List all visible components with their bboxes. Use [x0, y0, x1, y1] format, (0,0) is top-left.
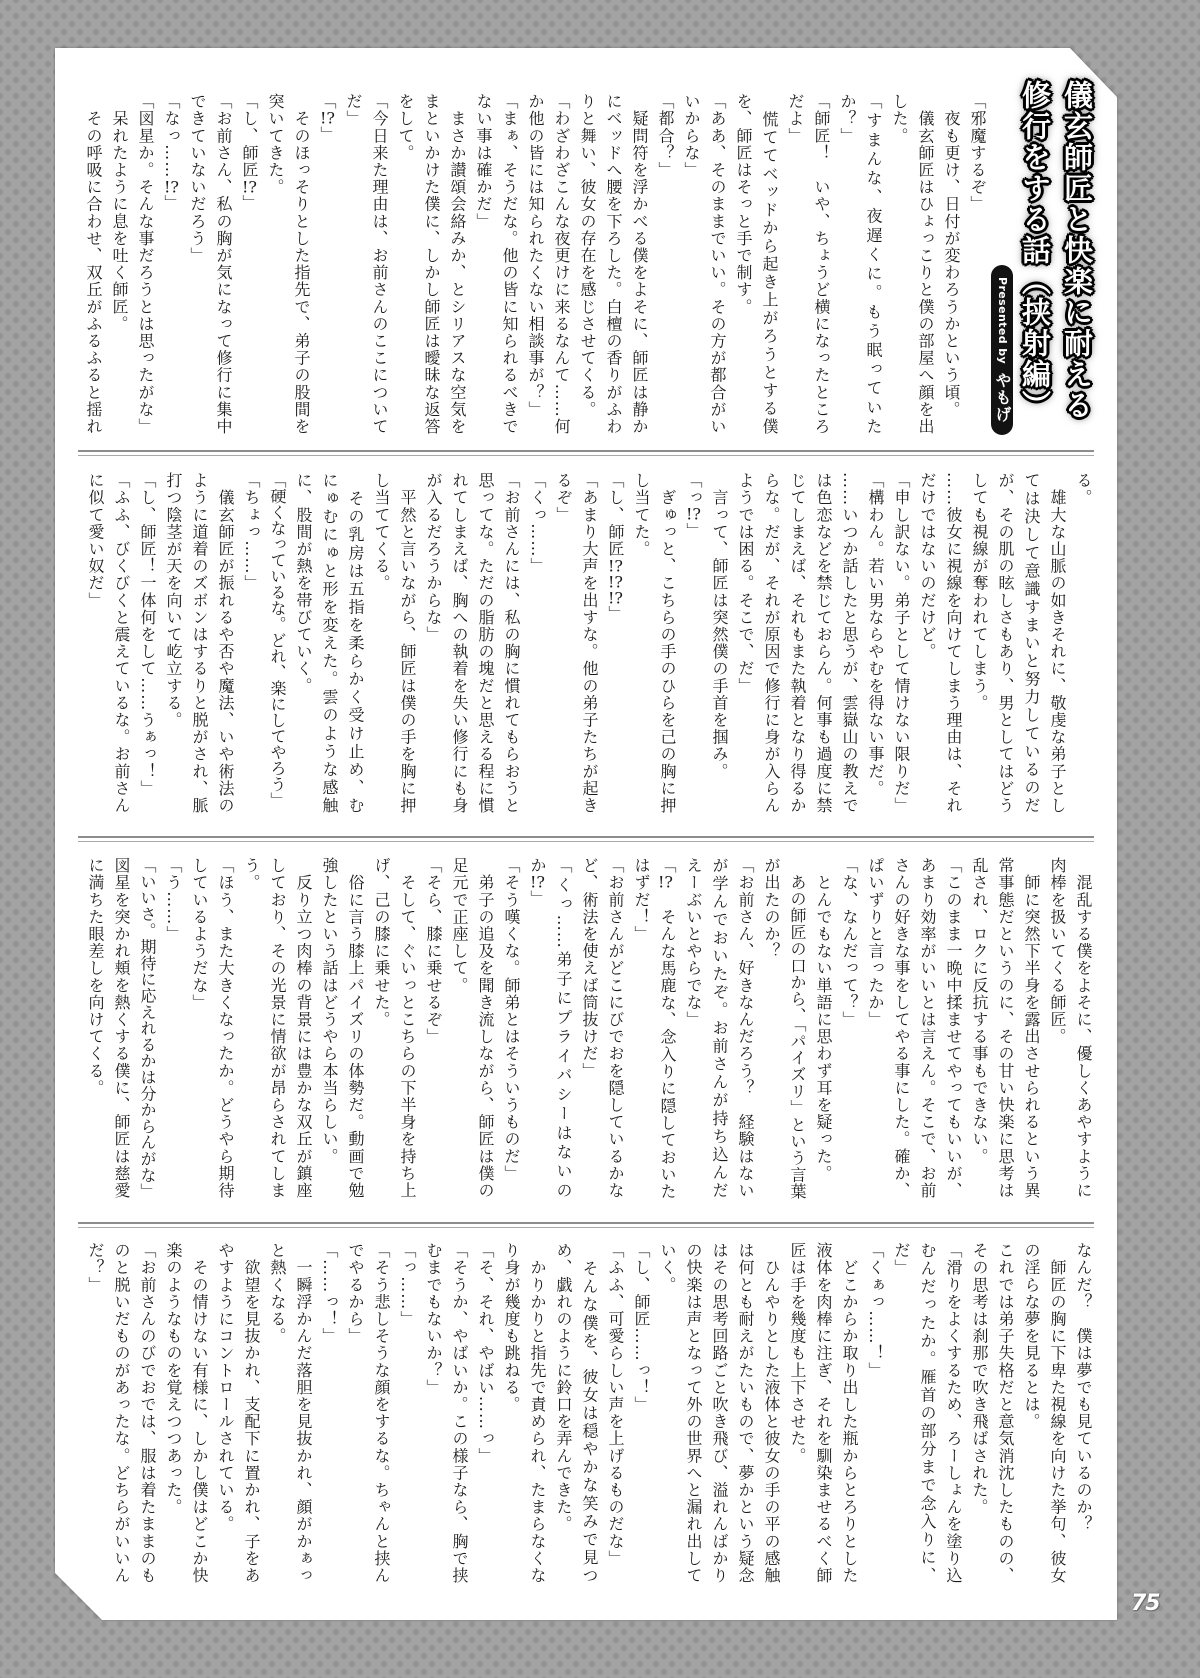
- text-column: 「すまんな、夜遅くに。もう眠っていた: [860, 93, 886, 435]
- tate-chu-yoko: !?: [658, 874, 677, 891]
- text-column: 「っ!?」: [680, 472, 706, 814]
- text-column: 強したという話はどうやら本当らしい。: [316, 857, 342, 1199]
- text-column: 「わざわざこんな夜更けに来るなんて……何: [548, 93, 574, 435]
- text-column: 常事態だというのに、その甘い快楽に思考は: [992, 857, 1018, 1199]
- tate-chu-yoko: !?: [318, 110, 337, 126]
- text-column: 儀玄師匠が振れるや否や魔法、いや術法の: [212, 472, 238, 814]
- text-column: 儀玄師匠はひょっこりと僕の部屋へ顔を出: [912, 93, 938, 435]
- text-column: りと舞い、彼女の存在を感じさせてくる。: [574, 93, 600, 435]
- story-title-line-1: 儀玄師匠と快楽に耐える: [1056, 80, 1098, 442]
- tate-chu-yoko: !?: [606, 558, 625, 574]
- text-column: 「構わん。若い男ならやむを得ない事だ。: [862, 472, 888, 814]
- text-column: はその思考回路ごと吹き飛び、溢れんばかり: [706, 1242, 732, 1584]
- text-column: が入るだろうからな」: [420, 472, 446, 814]
- text-tier-2: る。 雄大な山脈の如きそれに、敬虔な弟子としては決して意識すまいと努力しているの…: [82, 472, 1096, 814]
- text-column: 「あまり大声を出すな。他の弟子たちが起き: [576, 472, 602, 814]
- text-column: はずだ！」: [628, 857, 654, 1199]
- text-column: だ」: [340, 93, 366, 435]
- text-column: に、股間が熱を帯びていく。: [290, 472, 316, 814]
- text-column: 師匠の胸に下卑た視線を向けた挙句、彼女: [1044, 1242, 1070, 1584]
- tate-chu-yoko: !?: [162, 179, 181, 195]
- author-name: やもげ: [991, 372, 1013, 423]
- tate-chu-yoko: !?: [606, 590, 625, 606]
- text-column: 「硬くなっているな。どれ、楽にしてやろう」: [264, 472, 290, 814]
- text-column: は何とも耐えがたいもので、夢かという疑念: [732, 1242, 758, 1584]
- text-column: り身が幾度も跳ねる。: [498, 1242, 524, 1584]
- text-column: 液体を肉棒に注ぎ、それを馴染ませるべく師: [810, 1242, 836, 1584]
- text-column: まさか讃頌会絡みか、とシリアスな空気を: [444, 93, 470, 435]
- text-column: 「ふふ、可愛らしい声を上げるものだな」: [602, 1242, 628, 1584]
- text-column: 夜も更け、日付が変わろうかという頃。: [938, 93, 964, 435]
- text-column: しているようだな」: [186, 857, 212, 1199]
- text-column: むんだったか。雁首の部分まで念入りに、: [914, 1242, 940, 1584]
- text-column: と熱くなる。: [264, 1242, 290, 1584]
- text-column: げ、己の膝に乗せた。: [368, 857, 394, 1199]
- text-column: かりかりと指先で責められ、たまらなくな: [524, 1242, 550, 1584]
- text-column: 雄大な山脈の如きそれに、敬虔な弟子とし: [1044, 472, 1070, 814]
- text-column: れてしまえば、胸への執着を失い修行にも身: [446, 472, 472, 814]
- text-column: 慌ててベッドから起き上がろうとする僕: [756, 93, 782, 435]
- text-column: そして、ぐいっとこちらの下半身を持ち上: [394, 857, 420, 1199]
- text-column: ぱいずりと言ったか」: [862, 857, 888, 1199]
- text-column: 足元で正座して。: [446, 857, 472, 1199]
- text-column: 「ほう、また大きくなったか。どうやら期待: [212, 857, 238, 1199]
- text-column: 「邪魔するぞ」: [964, 93, 990, 435]
- text-column: 「う……」: [160, 857, 186, 1199]
- text-column: に似て愛い奴だ」: [82, 472, 108, 814]
- text-column: 反り立つ肉棒の背景には豊かな双丘が鎮座: [290, 857, 316, 1199]
- text-column: 「!?」: [314, 93, 340, 435]
- text-column: その呼吸に合わせ、双丘がふるふると揺れ: [80, 93, 106, 435]
- text-column: 「お前さん、好きなんだろう？ 経験はない: [732, 857, 758, 1199]
- text-column: むまでもないか？」: [420, 1242, 446, 1584]
- text-column: 「お前さんのびでおでは、服は着たままのも: [134, 1242, 160, 1584]
- text-column: 弟子の追及を聞き流しながら、師匠は僕の: [472, 857, 498, 1199]
- text-column: できていないだろう」: [184, 93, 210, 435]
- text-column: ひんやりとした液体と彼女の手の平の感触: [758, 1242, 784, 1584]
- tier-divider: [78, 1222, 1094, 1228]
- text-column: 平然と言いながら、師匠は僕の手を胸に押: [394, 472, 420, 814]
- text-column: 「なっ……!?」: [158, 93, 184, 435]
- text-column: が、その肌の眩しさもあり、男としてはどう: [992, 472, 1018, 814]
- text-column: 突いてきた。: [262, 93, 288, 435]
- text-column: しても視線が奪われてしまう。: [966, 472, 992, 814]
- text-column: 「今日来た理由は、お前さんのここについて: [366, 93, 392, 435]
- text-column: るぞ」: [550, 472, 576, 814]
- text-column: 「お前さん、私の胸が気になって修行に集中: [210, 93, 236, 435]
- text-column: 「し、師匠！一体何をして……うぁっ！」: [134, 472, 160, 814]
- text-column: しており、その光景に情欲が昂らされてしま: [264, 857, 290, 1199]
- text-column: をして。: [392, 93, 418, 435]
- text-column: だよ」: [782, 93, 808, 435]
- text-column: 「!? そんな馬鹿な、念入りに隠しておいた: [654, 857, 680, 1199]
- text-column: 「そ、それ、やばい……っ」: [472, 1242, 498, 1584]
- text-column: は色恋などを禁じておらん。何事も過度に禁: [810, 472, 836, 814]
- text-column: 「そら、膝に乗せるぞ」: [420, 857, 446, 1199]
- text-column: 言って、師匠は突然僕の手首を掴み。: [706, 472, 732, 814]
- text-column: 「くっ……」: [524, 472, 550, 814]
- text-column: えーぶいとやらでな」: [680, 857, 706, 1199]
- tate-chu-yoko: !?: [606, 574, 625, 590]
- text-column: やすようにコントロールされている。: [212, 1242, 238, 1584]
- text-column: 師に突然下半身を露出させられるという異: [1018, 857, 1044, 1199]
- text-column: 「そう嘆くな。師弟とはそういうものだ」: [498, 857, 524, 1199]
- text-column: 疑問符を浮かべる僕をよそに、師匠は静か: [626, 93, 652, 435]
- text-column: 混乱する僕をよそに、優しくあやすように: [1070, 857, 1096, 1199]
- text-column: だけではないのだけど。: [914, 472, 940, 814]
- text-column: その思考は刹那で吹き飛ばされた。: [966, 1242, 992, 1584]
- text-column: 「お前さんには、私の胸に慣れてもらおうと: [498, 472, 524, 814]
- text-column: 呆れたように息を吐く師匠。: [106, 93, 132, 435]
- text-column: にベッドへ腰を下ろした。白檀の香りがふわ: [600, 93, 626, 435]
- text-column: の淫らな夢を見るとは。: [1018, 1242, 1044, 1584]
- text-column: 匠は手を幾度も上下させた。: [784, 1242, 810, 1584]
- text-column: し当ててくる。: [368, 472, 394, 814]
- tier-divider: [78, 836, 1094, 842]
- text-column: る。: [1070, 472, 1096, 814]
- tier-divider: [78, 450, 1094, 456]
- text-column: あの師匠の口から、「パイズリ」という言葉: [784, 857, 810, 1199]
- text-column: これでは弟子失格だと意気消沈したものの、: [992, 1242, 1018, 1584]
- text-column: う。: [238, 857, 264, 1199]
- text-column: 「ああ、そのままでいい。その方が都合がい: [704, 93, 730, 435]
- text-column: 「いいさ。期待に応えれるかは分からんがな」: [134, 857, 160, 1199]
- text-column: し当てた。: [628, 472, 654, 814]
- text-column: いからな」: [678, 93, 704, 435]
- text-column: した。: [886, 93, 912, 435]
- text-column: 「な、なんだって？」: [836, 857, 862, 1199]
- text-column: ようでは困る。そこで、だ」: [732, 472, 758, 814]
- text-column: の快楽は声となって外の世界へと漏れ出して: [680, 1242, 706, 1584]
- text-column: 「っ……」: [394, 1242, 420, 1584]
- text-column: 「し、師匠……っ！」: [628, 1242, 654, 1584]
- text-column: 俗に言う膝上パイズリの体勢だ。動画で勉: [342, 857, 368, 1199]
- text-column: そんな僕を、彼女は穏やかな笑みで見つ: [576, 1242, 602, 1584]
- text-column: さんの好きな事をしてやる事にした。確か、: [888, 857, 914, 1199]
- text-column: 一瞬浮かんだ落胆を見抜かれ、顔がかぁっ: [290, 1242, 316, 1584]
- tate-chu-yoko: !?: [684, 506, 703, 522]
- text-tier-4: なんだ？ 僕は夢でも見ているのか？ 師匠の胸に下卑た視線を向けた挙句、彼女の淫ら…: [82, 1242, 1096, 1584]
- text-column: ない事は確かだ」: [470, 93, 496, 435]
- text-column: どこからか取り出した瓶からとろりとした: [836, 1242, 862, 1584]
- text-column: ように道着のズボンはするりと脱がされ、脈: [186, 472, 212, 814]
- text-column: 「し、師匠!?!?!?」: [602, 472, 628, 814]
- text-column: あまり効率がいいとは言えん。そこで、お前: [914, 857, 940, 1199]
- text-column: 「都合？」: [652, 93, 678, 435]
- text-column: 「お前さんがどこにびでおを隠しているかな: [602, 857, 628, 1199]
- text-column: 打つ陰茎が天を向いて屹立する。: [160, 472, 186, 814]
- text-column: にゅむにゅと形を変えた。雲のような感触: [316, 472, 342, 814]
- text-column: が学んでおいたぞ。お前さんが持ち込んだ: [706, 857, 732, 1199]
- text-column: だ」: [888, 1242, 914, 1584]
- text-column: ……彼女に視線を向けてしまう理由は、それ: [940, 472, 966, 814]
- text-column: 思ってな。ただの脂肪の塊だと思える程に慣: [472, 472, 498, 814]
- text-column: その乳房は五指を柔らかく受け止め、む: [342, 472, 368, 814]
- text-column: 肉棒を扱いてくる師匠。: [1044, 857, 1070, 1199]
- text-column: いく。: [654, 1242, 680, 1584]
- text-column: まといかけた僕に、しかし師匠は曖昧な返答: [418, 93, 444, 435]
- text-column: とんでもない単語に思わず耳を疑った。: [810, 857, 836, 1199]
- text-column: 図星を突かれ頬を熱くする僕に、師匠は慈愛: [108, 857, 134, 1199]
- text-column: その情けない有様に、しかし僕はどこか快: [186, 1242, 212, 1584]
- text-column: のと脱いだものがあったな。どちらがいいん: [108, 1242, 134, 1584]
- text-column: 欲望を見抜かれ、支配下に置かれ、子をあ: [238, 1242, 264, 1584]
- text-column: 「し、師匠!?」: [236, 93, 262, 435]
- text-column: 「ちょっ……」: [238, 472, 264, 814]
- text-column: 「図星か。そんな事だろうとは思ったがな」: [132, 93, 158, 435]
- presented-by-label: Presented by: [991, 277, 1013, 364]
- text-column: ……いつか話したと思うが、雲嶽山の教えで: [836, 472, 862, 814]
- text-column: が出たのか？: [758, 857, 784, 1199]
- text-column: じてしまえば、それもまた執着となり得るか: [784, 472, 810, 814]
- text-column: 「くっ……弟子にプライバシーはないの: [550, 857, 576, 1199]
- text-column: 楽のようなものを覚えつつあった。: [160, 1242, 186, 1584]
- text-column: なんだ？ 僕は夢でも見ているのか？: [1070, 1242, 1096, 1584]
- text-column: 「このまま一晩中揉ませてやってもいいが、: [940, 857, 966, 1199]
- text-column: か？」: [834, 93, 860, 435]
- text-column: に満ちた眼差しを向けてくる。: [82, 857, 108, 1199]
- text-tier-3: 混乱する僕をよそに、優しくあやすように肉棒を扱いてくる師匠。 師に突然下半身を露…: [82, 857, 1096, 1199]
- text-column: を、師匠はそっと手で制す。: [730, 93, 756, 435]
- text-column: ど、術法を使えば筒抜けだ」: [576, 857, 602, 1199]
- page-number: 75: [1131, 1591, 1160, 1616]
- text-column: ては決して意識すまいと努力しているのだ: [1018, 472, 1044, 814]
- story-title: 儀玄師匠と快楽に耐える 修行をする話（挟射編）: [1014, 80, 1098, 442]
- story-title-line-2: 修行をする話（挟射編）: [1014, 80, 1056, 442]
- text-column: 「そう悲しそうな顔をするな。ちゃんと挟ん: [368, 1242, 394, 1584]
- text-column: そのほっそりとした指先で、弟子の股間を: [288, 93, 314, 435]
- text-column: だ？」: [82, 1242, 108, 1584]
- author-byline-badge: Presented by やもげ: [991, 265, 1013, 435]
- tate-chu-yoko: !?: [240, 179, 259, 195]
- text-column: 「そうか、やばいか。この様子なら、胸で挟: [446, 1242, 472, 1584]
- text-column: 「まぁ、そうだな。他の皆に知られるべきで: [496, 93, 522, 435]
- text-column: 「申し訳ない。弟子として情けない限りだ」: [888, 472, 914, 814]
- text-column: 「師匠！ いや、ちょうど横になったところ: [808, 93, 834, 435]
- text-column: 「……っ！」: [316, 1242, 342, 1584]
- text-tier-1: 「邪魔するぞ」 夜も更け、日付が変わろうかという頃。 儀玄師匠はひょっこりと僕の…: [80, 93, 990, 435]
- text-column: 「ふふ、びくびくと震えているな。お前さん: [108, 472, 134, 814]
- text-column: ぎゅっと、こちらの手のひらを己の胸に押: [654, 472, 680, 814]
- text-column: でやるから」: [342, 1242, 368, 1584]
- tate-chu-yoko: !?: [528, 874, 547, 890]
- text-column: め、戯れのように鈴口を弄んできた。: [550, 1242, 576, 1584]
- text-column: 乱され、ロクに反抗する事もできない。: [966, 857, 992, 1199]
- text-column: らな。だが、それが原因で修行に身が入らん: [758, 472, 784, 814]
- text-column: 「くぁっ……！」: [862, 1242, 888, 1584]
- text-column: か他の皆には知られたくない相談事が？」: [522, 93, 548, 435]
- text-column: か!?」: [524, 857, 550, 1199]
- text-column: 「滑りをよくするため、ろーしょんを塗り込: [940, 1242, 966, 1584]
